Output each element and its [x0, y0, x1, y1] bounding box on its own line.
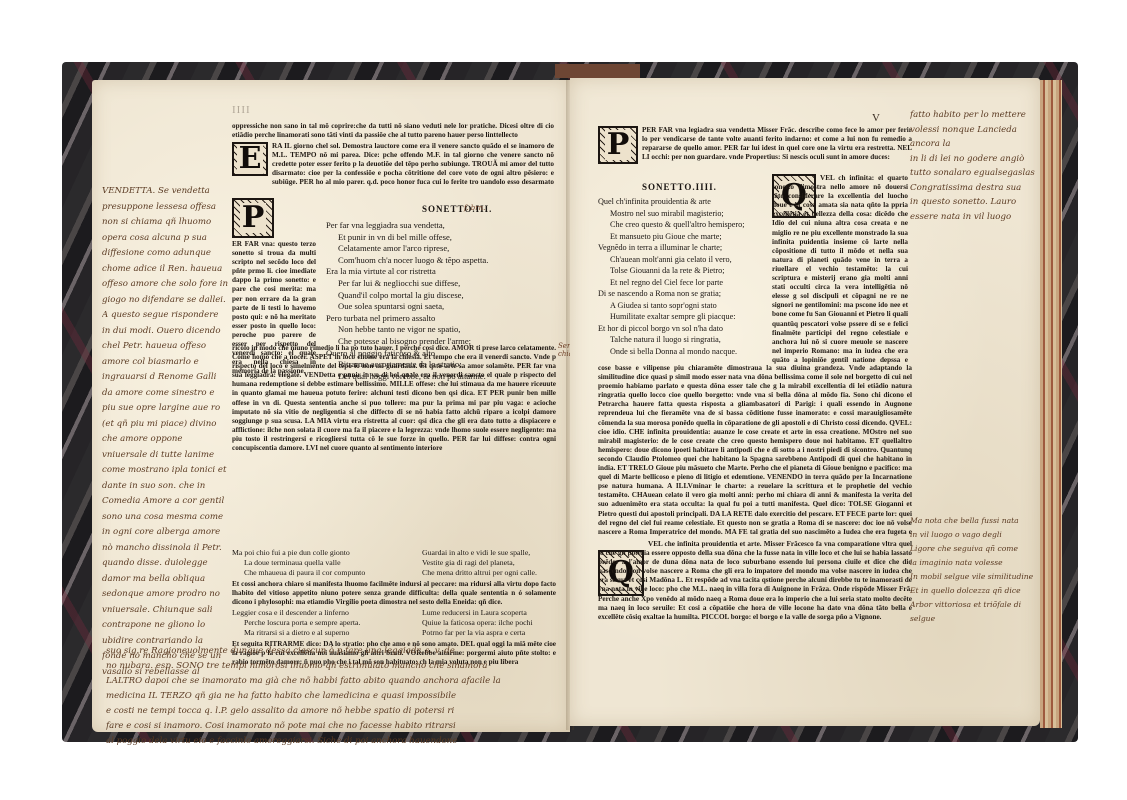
manuscript-line: essere nata in vil luogo	[910, 210, 1036, 225]
manuscript-line: fatto habito per lo mettere	[910, 108, 1036, 123]
verse-line: Di se nascendo a Roma non se gratia;	[598, 288, 745, 300]
right-commentary-bottom: VEL che infinita prouidentia et arte. Mi…	[598, 540, 912, 636]
verse-line: Celatamente amor l'arco riprese,	[326, 243, 488, 255]
manuscript-line: in li di lei no godere angiò	[910, 152, 1036, 167]
manuscript-annotation-left-margin: VENDETTA. Se vendetta presuppone lessesa…	[102, 184, 228, 674]
inferno-quotation: Ma poi chio fui a pie dun colle giontoGu…	[232, 548, 537, 578]
aeneid-quotation: Leggier cosa e il descender a linfernoLu…	[232, 608, 533, 638]
manuscript-line: fare e cosi si inamoro. Cosi inamorato n…	[106, 719, 556, 734]
verse-line: Per far lui & negliocchi sue diffese,	[326, 278, 488, 290]
left-folio-number: IIII	[232, 104, 251, 116]
right-page: V P PER FAR vna legiadra sua vendetta Mi…	[570, 78, 1040, 726]
verse-line: Quel ch'infinita prouidentia & arte	[598, 196, 745, 208]
verse-line: Pero turbata nel primero assalto	[326, 313, 488, 325]
verse-line: Com'huom ch'a nocer luogo & tẽpo aspetta…	[326, 255, 488, 267]
manuscript-line: ancora la	[910, 137, 1036, 152]
verse-line: Talche natura il luogo si ringratia,	[598, 334, 745, 346]
decorated-initial-e: E	[232, 142, 268, 176]
verse-line: Vegnẽdo in terra a illuminar le charte;	[598, 242, 745, 254]
verse-line: Humilitate exaltar sempre gli piacque:	[598, 311, 745, 323]
left-page: IIII oppressiche non sano in tal mõ copr…	[92, 80, 570, 732]
manuscript-annotation-top-right: fatto habito per lo mettere volessi nonq…	[910, 108, 1036, 224]
marginal-note-top: f. brn.	[464, 204, 485, 212]
sonnet-iiii-title: SONETTO.IIII.	[642, 182, 717, 192]
verse-line: Onde si bella Donna al mondo nacque.	[598, 346, 745, 358]
manuscript-line: tutto sonalaro egualsegaslas	[910, 166, 1036, 181]
manuscript-line: in vil luogo o vago degli	[910, 528, 1036, 542]
right-commentary-main: cose basse e vilipense piu chiaramẽte di…	[598, 364, 912, 536]
sonnet-iiii-verses: Quel ch'infinita prouidentia & arte Most…	[598, 196, 745, 357]
verse-line: Non hebbe tanto ne vigor ne spatio,	[326, 324, 488, 336]
left-commentary-top: oppressiche non sano in tal mõ coprire:c…	[232, 122, 554, 142]
verse-line: Per far vna leggiadra sua vendetta,	[326, 220, 488, 232]
manuscript-line: e costi ne tempi tocca q. l.P. gelo assa…	[106, 704, 556, 719]
manuscript-line: in questo sonetto. Lauro	[910, 195, 1036, 210]
manuscript-line: Arbor vittoriosa et triõfale di selgue	[910, 598, 1036, 626]
verse-line: Quand'il colpo mortal la giu discese,	[326, 290, 488, 302]
manuscript-line: LALTRO dapoi che se inamorato ma già che…	[106, 674, 556, 689]
right-commentary-top: PER FAR vna legiadra sua vendetta Misser…	[642, 126, 912, 164]
manuscript-annotation-mid-right: Ma nota che bella fussi nata in vil luog…	[910, 514, 1036, 626]
decorated-initial-p-right: P	[598, 126, 638, 164]
verse-line: Et nel regno del Ciel fece lor parte	[598, 277, 745, 289]
manuscript-line: medicina IL TERZO qñ gia ne ha fatto hab…	[106, 689, 556, 704]
verse-line: Et mansueto piu Gioue che marte;	[598, 231, 745, 243]
verse-line: Mostro nel suo mirabil magisterio;	[598, 208, 745, 220]
manuscript-annotation-bottom: suo sig.re Ragioneuolmente dunque dessa …	[106, 644, 556, 749]
manuscript-line: Ligore che seguiva qñ come	[910, 542, 1036, 556]
verse-line: Era la mia virtute al cor ristretta	[326, 266, 488, 278]
manuscript-line: Ma nota che bella fussi nata	[910, 514, 1036, 528]
book-spine	[555, 64, 640, 78]
page-fore-edge	[1040, 80, 1062, 728]
manuscript-line: Congratissima destra sua	[910, 181, 1036, 196]
left-commentary-after-inferno: Et cossi anchora chiaro si manifesta lhu…	[232, 580, 556, 608]
verse-line: Et hor di piccol borgo vn sol n'ha dato	[598, 323, 745, 335]
right-folio-number: V	[872, 112, 881, 124]
verse-line: Tolse Giouanni da la rete & Pietro;	[598, 265, 745, 277]
verse-line: A Giudea si tanto sopr'ogni stato	[598, 300, 745, 312]
verse-line: Che creo questo & quell'altro hemispero;	[598, 219, 745, 231]
verse-line: Ch'auean molt'anni gia celato il vero,	[598, 254, 745, 266]
manuscript-line: suo sig.re Ragioneuolmente dunque dessa …	[106, 644, 556, 659]
manuscript-line: Et in quello dolcezza qñ dice	[910, 584, 1036, 598]
manuscript-line: In mobil selgue vile similitudine	[910, 570, 1036, 584]
manuscript-line: al poggio dela virtu eio e faccinlo amor…	[106, 734, 556, 749]
manuscript-line: no nubara. esp. SONO tre tempi nimorosi …	[106, 659, 556, 674]
verse-line: Et punir in vn di bel mille offese,	[326, 232, 488, 244]
manuscript-line: volessi nonque Lancieda	[910, 123, 1036, 138]
manuscript-line: la imaginio nata volesse	[910, 556, 1036, 570]
right-commentary-column: VEL ch infinita: el quarto sonetto dimos…	[772, 174, 908, 364]
verse-line: Oue solea spuntarsi ogni saeta,	[326, 301, 488, 313]
left-commentary-initial-e-text: RA IL giorno chel sol. Demostra lauctore…	[272, 142, 554, 188]
